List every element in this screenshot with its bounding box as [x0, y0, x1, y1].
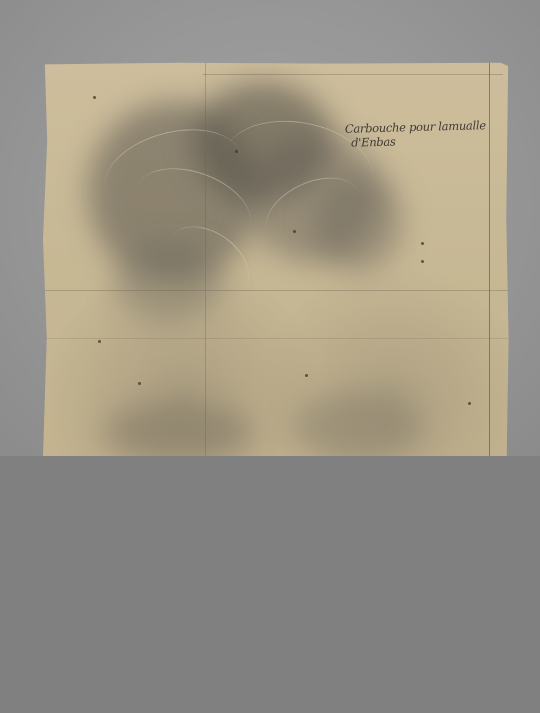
- horizontal-fold-line: [43, 290, 510, 291]
- charcoal-smudge: [313, 172, 403, 272]
- foxing-spot: [293, 230, 296, 233]
- foxing-spot: [93, 96, 96, 99]
- lower-gray-band: [0, 456, 540, 713]
- foxing-spot: [421, 242, 424, 245]
- foxing-spot: [421, 260, 424, 263]
- foxing-spot: [468, 402, 471, 405]
- scratched-line: [124, 154, 261, 262]
- paper-sheet: Carbouche pour lamualle d'Enbas: [43, 62, 510, 456]
- charcoal-smudge: [293, 392, 423, 456]
- foxing-spot: [235, 150, 238, 153]
- scratched-line: [154, 212, 263, 314]
- scratched-line: [255, 164, 371, 262]
- handwritten-inscription: Carbouche pour lamualle d'Enbas: [345, 118, 487, 150]
- scratched-line: [95, 115, 251, 229]
- charcoal-smudge: [103, 402, 253, 456]
- vertical-fold-line: [205, 62, 206, 456]
- foxing-spot: [305, 374, 308, 377]
- inscription-line-2: d'Enbas: [345, 132, 486, 150]
- charcoal-smudge: [113, 242, 223, 322]
- top-rule-line: [203, 74, 503, 75]
- margin-rule-line: [489, 62, 490, 456]
- charcoal-smudge: [88, 102, 258, 282]
- foxing-spot: [138, 382, 141, 385]
- horizontal-fold-line: [43, 338, 510, 339]
- charcoal-smudge: [193, 82, 333, 202]
- foxing-spot: [98, 340, 101, 343]
- charcoal-smudge: [243, 132, 383, 262]
